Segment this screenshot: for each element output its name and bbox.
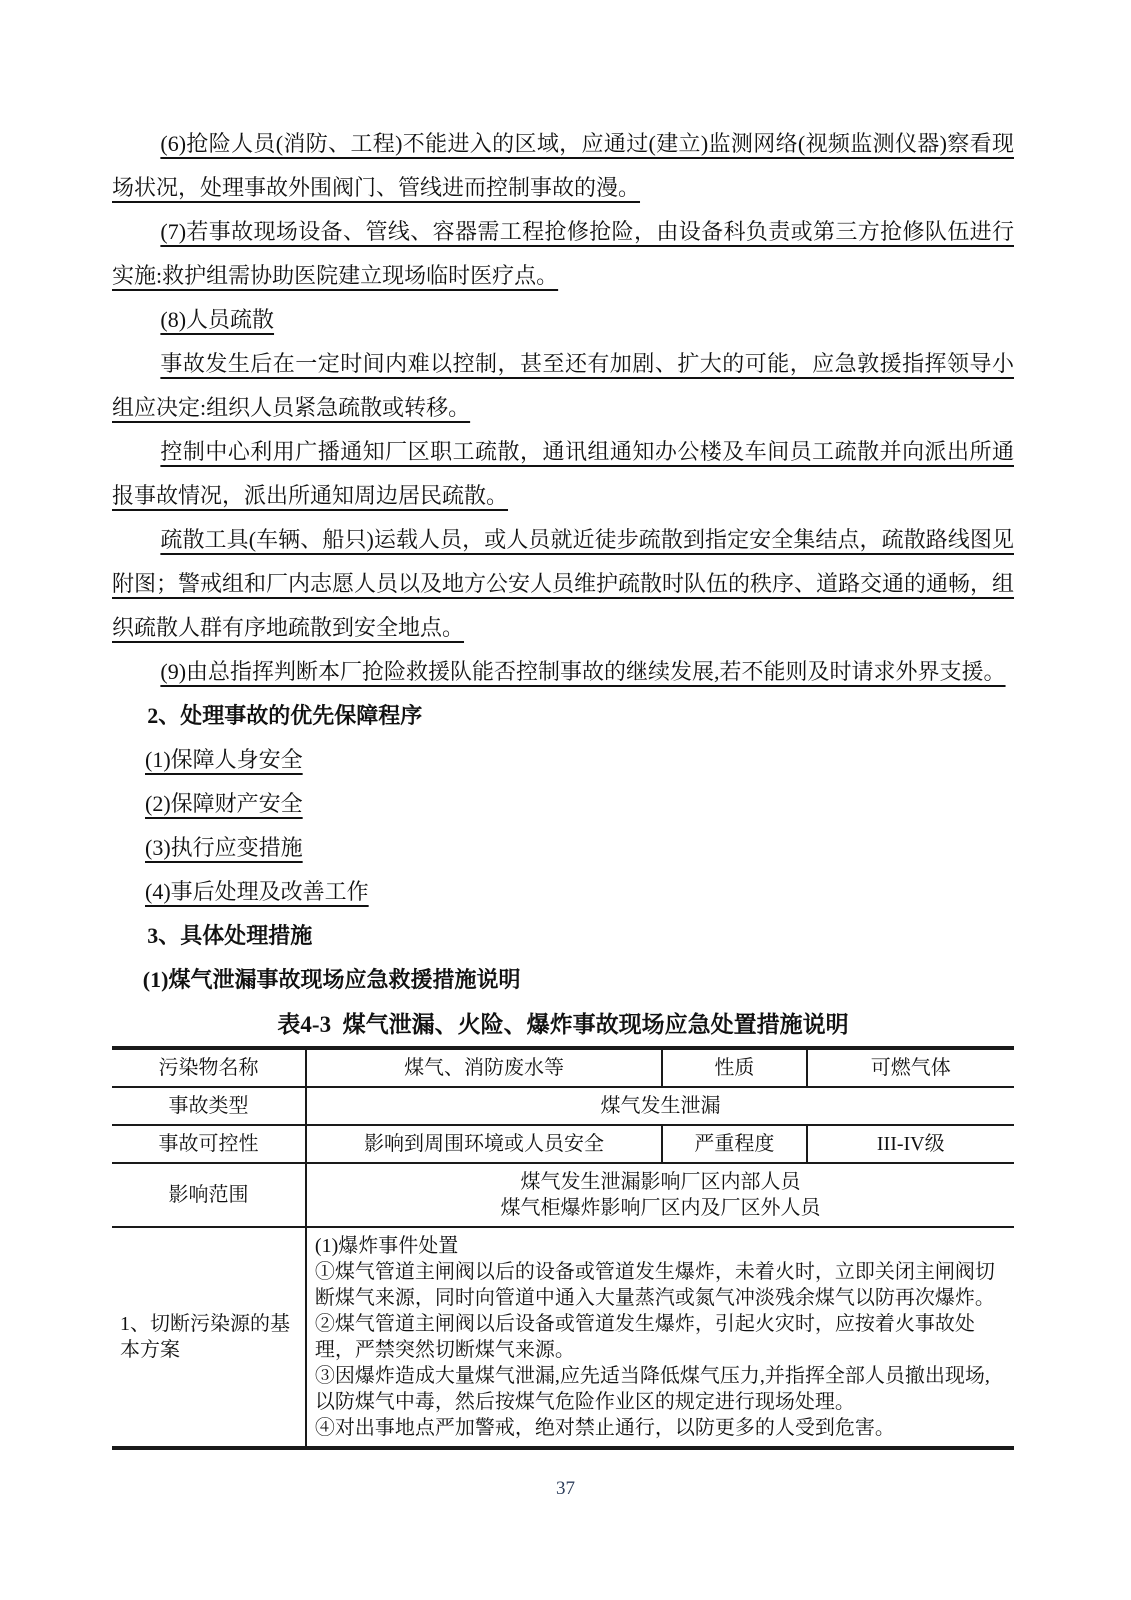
list-item: (1)保障人身安全 <box>112 738 1014 782</box>
table-row: 影响范围 煤气发生泄漏影响厂区内部人员 煤气柜爆炸影响厂区内及厂区外人员 <box>112 1163 1014 1227</box>
table-label-cell: 事故类型 <box>112 1087 306 1125</box>
document-page: (6)抢险人员(消防、工程)不能进入的区域，应通过(建立)监测网络(视频监测仪器… <box>0 0 1131 1600</box>
table-cell: III-IV级 <box>807 1125 1014 1163</box>
list-item: (3)执行应变措施 <box>112 826 1014 870</box>
table-caption: 表4-3 煤气泄漏、火险、爆炸事故现场应急处置措施说明 <box>112 1004 1014 1046</box>
page-number: 37 <box>0 1478 1131 1500</box>
body-paragraph: (8)人员疏散 <box>112 298 1014 342</box>
table-cell: 煤气发生泄漏 <box>306 1087 1014 1125</box>
table-label-cell: 影响范围 <box>112 1163 306 1227</box>
subsection-heading: (1)煤气泄漏事故现场应急救援措施说明 <box>112 958 1014 1002</box>
body-paragraph: (9)由总指挥判断本厂抢险救援队能否控制事故的继续发展,若不能则及时请求外界支援… <box>112 650 1014 694</box>
table-label-cell: 1、切断污染源的基本方案 <box>112 1227 306 1448</box>
list-item: (4)事后处理及改善工作 <box>112 870 1014 914</box>
table-label-cell: 严重程度 <box>662 1125 806 1163</box>
body-paragraph: 事故发生后在一定时间内难以控制，甚至还有加剧、扩大的可能，应急敦援指挥领导小组应… <box>112 342 1014 430</box>
table-cell: (1)爆炸事件处置 ①煤气管道主闸阀以后的设备或管道发生爆炸，未着火时，立即关闭… <box>306 1227 1014 1448</box>
table-row: 事故类型 煤气发生泄漏 <box>112 1087 1014 1125</box>
page-content: (6)抢险人员(消防、工程)不能进入的区域，应通过(建立)监测网络(视频监测仪器… <box>112 122 1014 1450</box>
table-cell: 煤气、消防废水等 <box>306 1048 662 1087</box>
body-paragraph: (7)若事故现场设备、管线、容器需工程抢修抢险，由设备科负责或第三方抢修队伍进行… <box>112 210 1014 298</box>
table-cell: 影响到周围环境或人员安全 <box>306 1125 662 1163</box>
table-row: 事故可控性 影响到周围环境或人员安全 严重程度 III-IV级 <box>112 1125 1014 1163</box>
section-heading: 3、具体处理措施 <box>112 914 1014 958</box>
table-label-cell: 事故可控性 <box>112 1125 306 1163</box>
table-label-cell: 性质 <box>662 1048 806 1087</box>
body-paragraph: (6)抢险人员(消防、工程)不能进入的区域，应通过(建立)监测网络(视频监测仪器… <box>112 122 1014 210</box>
measures-table: 污染物名称 煤气、消防废水等 性质 可燃气体 事故类型 煤气发生泄漏 事故可控性… <box>112 1046 1014 1450</box>
list-item: (2)保障财产安全 <box>112 782 1014 826</box>
table-cell: 煤气发生泄漏影响厂区内部人员 煤气柜爆炸影响厂区内及厂区外人员 <box>306 1163 1014 1227</box>
body-paragraph: 疏散工具(车辆、船只)运载人员，或人员就近徒步疏散到指定安全集结点，疏散路线图见… <box>112 518 1014 650</box>
section-heading: 2、处理事故的优先保障程序 <box>112 694 1014 738</box>
body-paragraph: 控制中心利用广播通知厂区职工疏散，通讯组通知办公楼及车间员工疏散并向派出所通报事… <box>112 430 1014 518</box>
table-row: 污染物名称 煤气、消防废水等 性质 可燃气体 <box>112 1048 1014 1087</box>
table-label-cell: 污染物名称 <box>112 1048 306 1087</box>
table-row: 1、切断污染源的基本方案 (1)爆炸事件处置 ①煤气管道主闸阀以后的设备或管道发… <box>112 1227 1014 1448</box>
table-cell: 可燃气体 <box>807 1048 1014 1087</box>
